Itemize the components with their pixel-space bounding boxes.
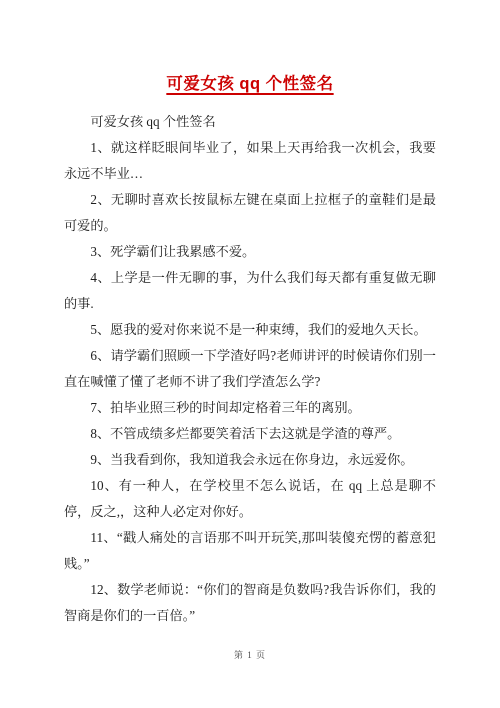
document-body: 可爱女孩 qq 个性签名 1、就这样眨眼间毕业了，如果上天再给我一次机会，我要永…: [64, 109, 436, 629]
doc-paragraph: 可爱女孩 qq 个性签名: [64, 109, 436, 135]
doc-paragraph: 10、有一种人，在学校里不怎么说话，在 qq 上总是聊不停，反之,，这种人必定对…: [64, 473, 436, 525]
doc-paragraph: 9、当我看到你，我知道我会永远在你身边，永远爱你。: [64, 447, 436, 473]
page-title: 可爱女孩 qq 个性签名: [0, 0, 500, 94]
doc-paragraph: 3、死学霸们让我累感不爱。: [64, 239, 436, 265]
document-page: 可爱女孩 qq 个性签名 可爱女孩 qq 个性签名 1、就这样眨眼间毕业了，如果…: [0, 0, 500, 708]
doc-paragraph: 4、上学是一件无聊的事，为什么我们每天都有重复做无聊的事.: [64, 265, 436, 317]
doc-paragraph: 1、就这样眨眼间毕业了，如果上天再给我一次机会，我要永远不毕业…: [64, 135, 436, 187]
doc-paragraph: 6、请学霸们照顾一下学渣好吗?老师讲评的时候请你们别一直在喊懂了懂了老师不讲了我…: [64, 343, 436, 395]
doc-paragraph: 5、愿我的爱对你来说不是一种束缚，我们的爱地久天长。: [64, 317, 436, 343]
doc-paragraph: 11、“戳人痛处的言语那不叫开玩笑,那叫装傻充愣的蓄意犯贱。”: [64, 525, 436, 577]
doc-paragraph: 12、数学老师说：“你们的智商是负数吗?我告诉你们，我的智商是你们的一百倍。”: [64, 577, 436, 629]
doc-paragraph: 7、拍毕业照三秒的时间却定格着三年的离别。: [64, 395, 436, 421]
doc-paragraph: 8、不管成绩多烂都要笑着活下去这就是学渣的尊严。: [64, 421, 436, 447]
page-title-text: 可爱女孩 qq 个性签名: [166, 75, 333, 93]
doc-paragraph: 2、无聊时喜欢长按鼠标左键在桌面上拉框子的童鞋们是最可爱的。: [64, 187, 436, 239]
page-number: 第 1 页: [0, 648, 500, 661]
